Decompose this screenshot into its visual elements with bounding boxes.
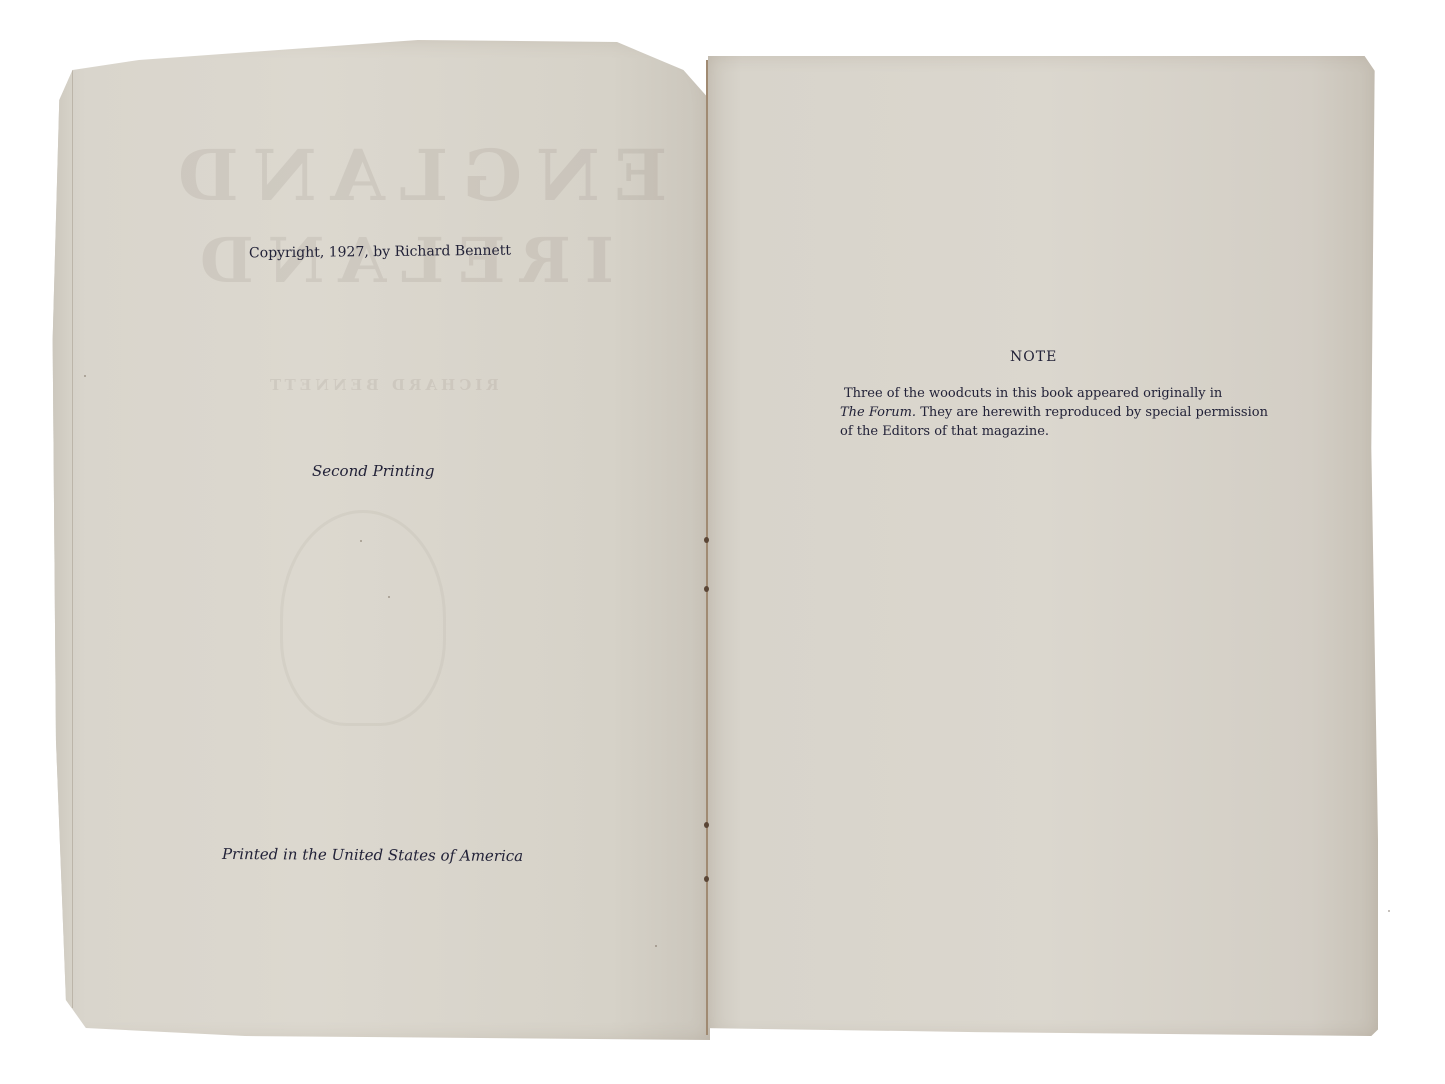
right-page: [708, 56, 1378, 1036]
publication-title: The Forum.: [840, 405, 916, 420]
book-spine: [706, 60, 708, 1035]
paper-speck: [84, 375, 86, 377]
note-line-3: of the Editors of that magazine.: [840, 422, 1280, 441]
show-through-emblem: [280, 510, 446, 726]
copyright-line: Copyright, 1927, by Richard Bennett: [249, 243, 511, 262]
spine-stitch: [704, 876, 709, 882]
paper-speck: [388, 596, 390, 598]
note-body: Three of the woodcuts in this book appea…: [840, 384, 1280, 441]
printing-edition: Second Printing: [312, 462, 434, 480]
spine-stitch: [704, 586, 709, 592]
imprint-line: Printed in the United States of America: [222, 845, 523, 865]
note-heading: NOTE: [1010, 349, 1057, 365]
show-through-author: RICHARD BENNETT: [266, 376, 499, 394]
note-line-1: Three of the woodcuts in this book appea…: [840, 384, 1280, 403]
left-page: ENGLAND IRELAND RICHARD BENNETT: [46, 40, 710, 1040]
show-through-title-1: ENGLAND: [164, 134, 667, 217]
spine-stitch: [704, 822, 709, 828]
page-edge-layer: [46, 68, 73, 1008]
open-book: ENGLAND IRELAND RICHARD BENNETT Copyrigh…: [0, 0, 1445, 1084]
paper-speck: [1388, 910, 1390, 912]
note-line-2: The Forum. They are herewith reproduced …: [840, 403, 1280, 422]
paper-speck: [655, 945, 657, 947]
paper-speck: [360, 540, 362, 542]
note-line-2-rest: They are herewith reproduced by special …: [916, 405, 1268, 420]
spine-stitch: [704, 537, 709, 543]
